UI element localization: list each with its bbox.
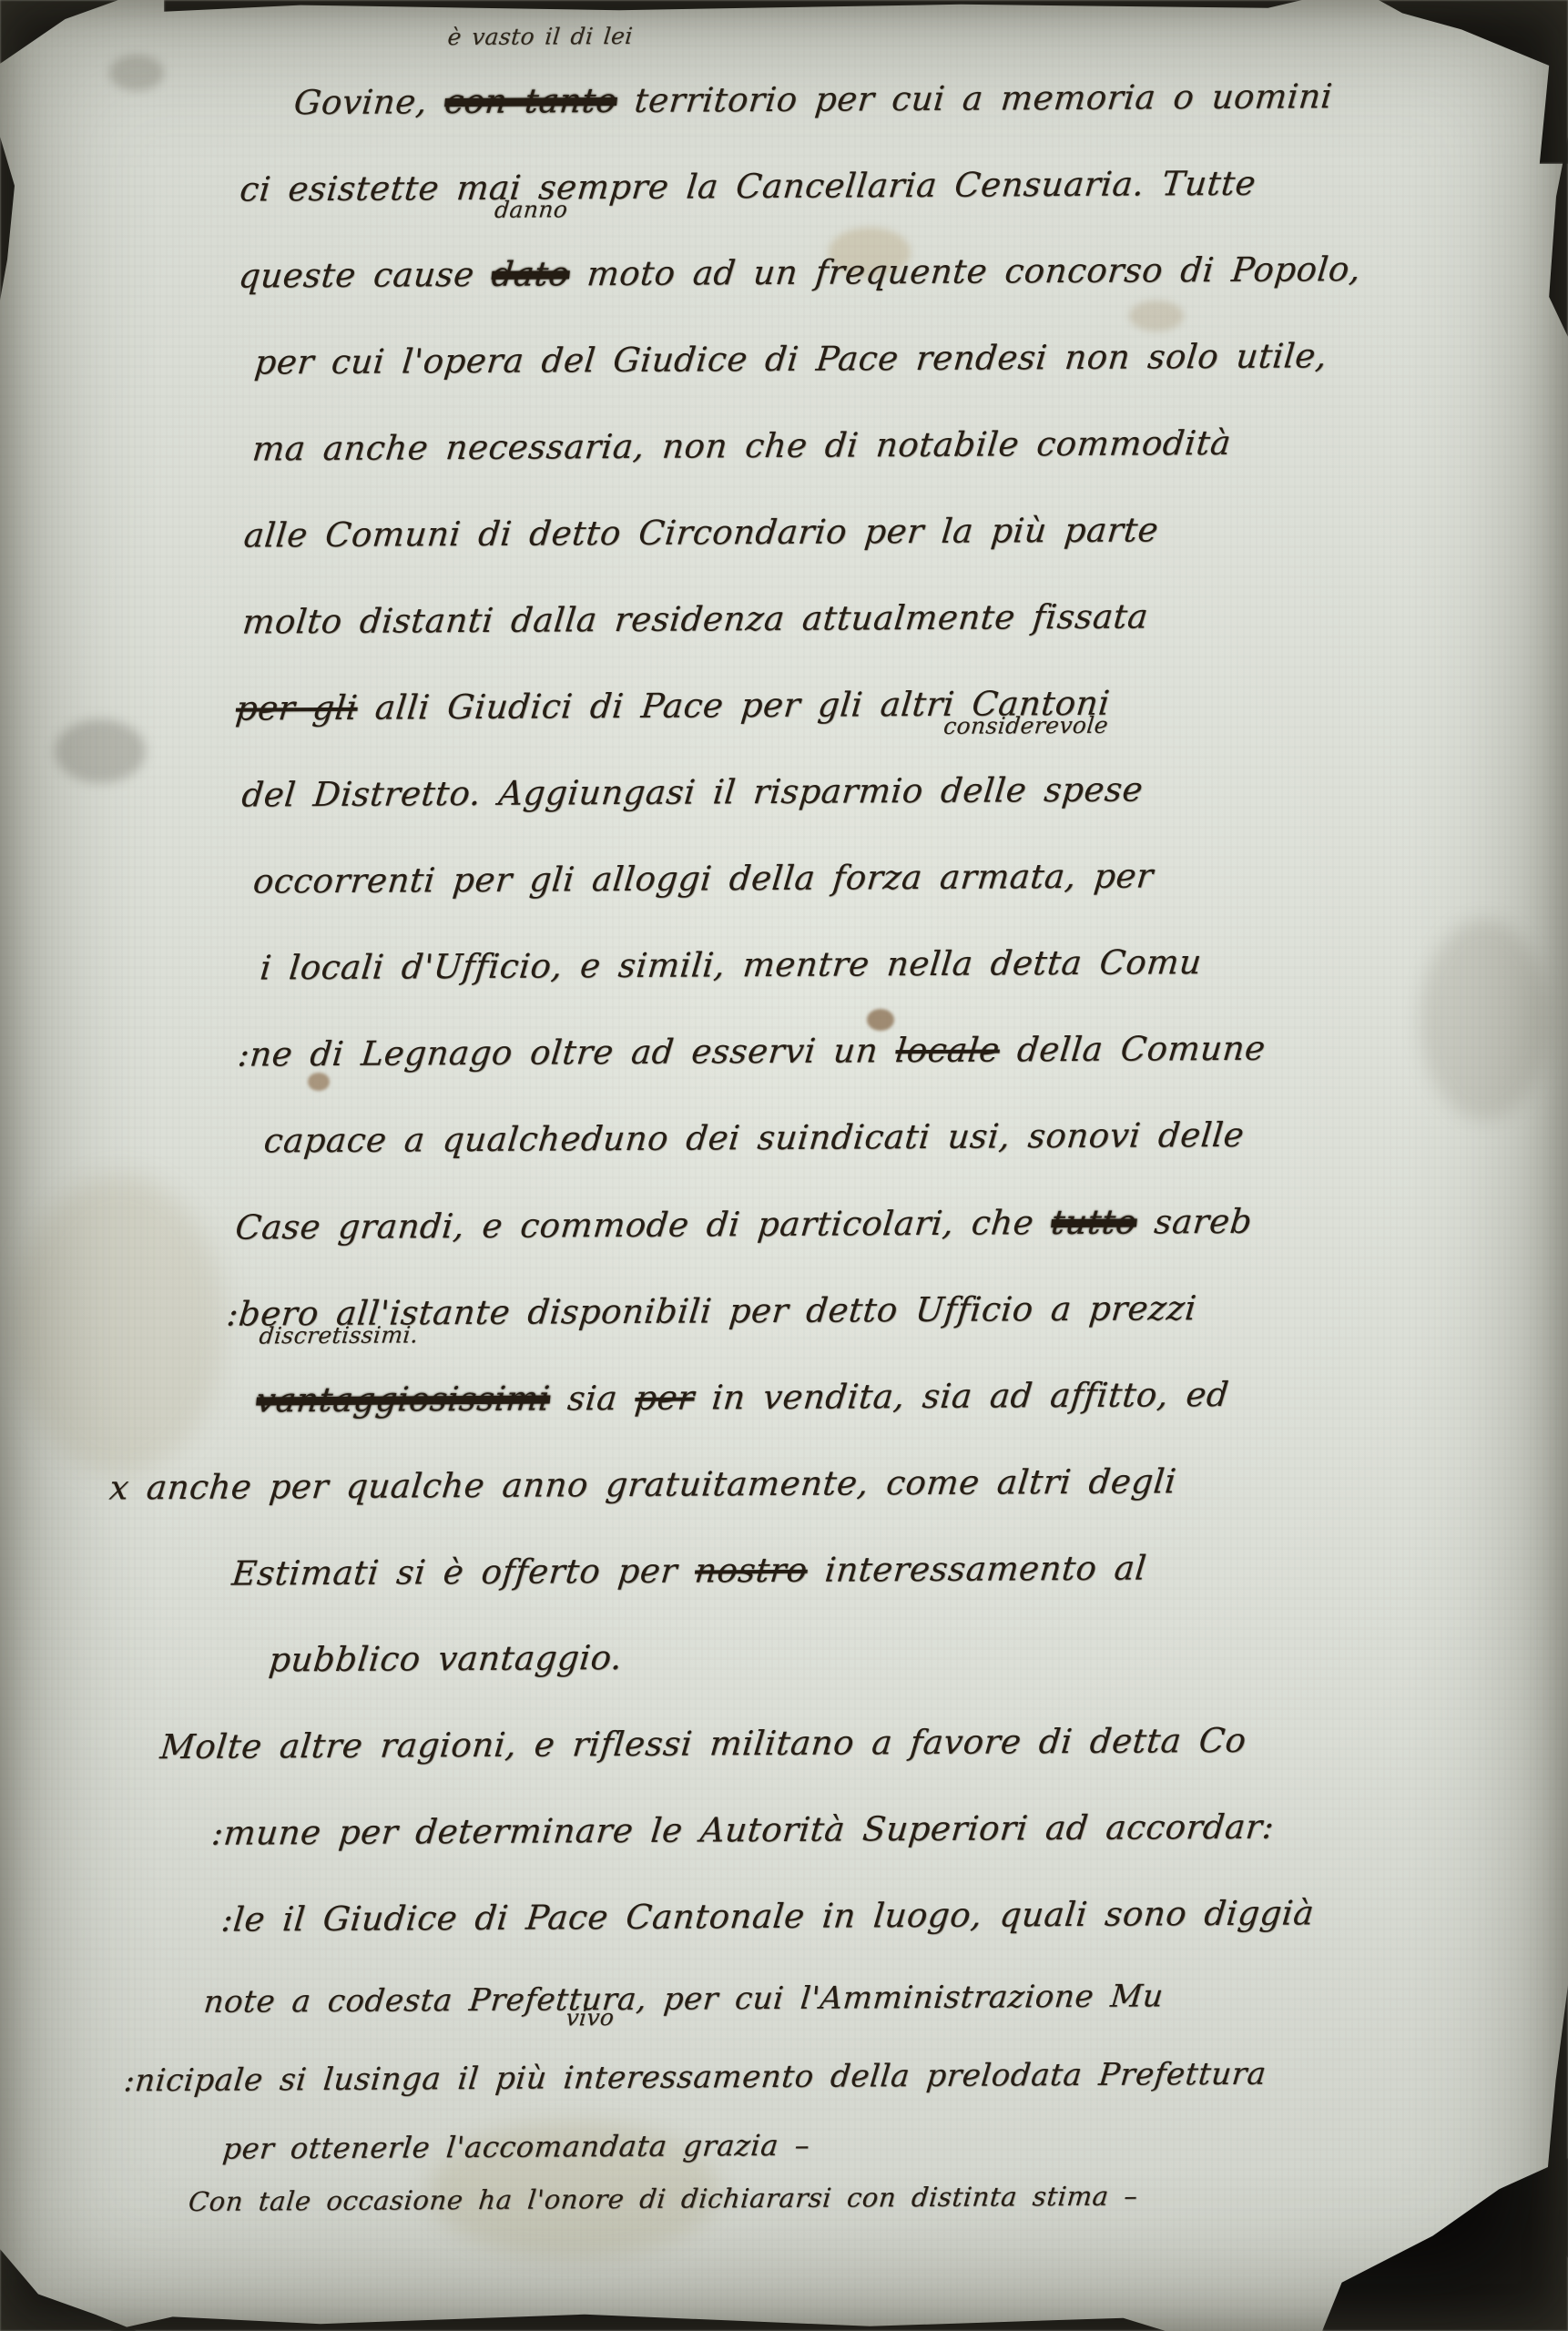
manuscript-line: per ottenerle l'accomandata grazia – [4, 2112, 1553, 2179]
strikethrough-segment: con tanto [443, 81, 619, 121]
text-segment: delle spese [939, 769, 1145, 809]
manuscript-line: :nicipale si lusinga il più vivointeress… [2, 2033, 1553, 2121]
text-segment: moto ad un frequente concorso di Popolo, [585, 249, 1363, 293]
manuscript-line: :ne di Legnago oltre ad esservi un local… [0, 1003, 1548, 1099]
text-segment: Molte altre ragioni, e riflessi militano… [158, 1721, 1248, 1766]
interline-insertion: discretissimi. [259, 1323, 420, 1347]
strikethrough-segment: tutto [1050, 1203, 1139, 1243]
manuscript-line: x anche per qualche anno gratuitamente, … [0, 1436, 1551, 1532]
manuscript-line: alle Comuni di detto Circondario per la … [0, 484, 1545, 580]
manuscript-line: :mune per determinare le Autorità Superi… [0, 1782, 1553, 1878]
photograph-background: Govine, è vasto il di leicon tanto terri… [0, 0, 1568, 2331]
text-segment: in vendita, sia ad affitto, ed [710, 1375, 1231, 1417]
text-segment: note a codesta Prefettura, per cui l'Amm… [202, 1978, 1166, 2020]
torn-edge-top-left [0, 0, 118, 64]
torn-edge-right [1544, 137, 1568, 337]
text-segment: della Comune [1015, 1029, 1268, 1070]
manuscript-line: molto distanti dalla residenza attualmen… [0, 571, 1545, 667]
torn-edge-bottom [109, 2307, 1166, 2331]
text-segment: per ottenerle l'accomandata grazia – [221, 2128, 811, 2166]
manuscript-line: capace a qualcheduno dei suindicati usi,… [0, 1090, 1549, 1186]
manuscript-line: per gli alli Giudici di Pace per gli alt… [0, 657, 1546, 753]
manuscript-line: note a codesta Prefettura, per cui l'Amm… [2, 1955, 1553, 2042]
text-segment: interessamento della prelodata Prefettur… [562, 2056, 1268, 2097]
text-segment: del Distretto. Aggiungasi il risparmio [240, 771, 926, 815]
manuscript-line: del Distretto. Aggiungasi il risparmio c… [0, 744, 1546, 840]
text-segment: i locali d'Ufficio, e simili, mentre nel… [259, 942, 1204, 987]
interline-insertion: è vasto il di lei [446, 25, 634, 48]
text-segment-with-insertion: vivointeressamento della prelodata Prefe… [560, 2035, 1270, 2118]
manuscript-line: ma anche necessaria, non che di notabile… [0, 398, 1544, 494]
text-segment-with-insertion: dannodato [487, 230, 574, 318]
strikethrough-segment: locale [893, 1030, 1001, 1070]
manuscript-line: :bero all'istante disponibili per detto … [0, 1263, 1550, 1359]
text-segment: ma anche necessaria, non che di notabile… [250, 423, 1233, 469]
text-segment-with-insertion: discretissimi.vantaggiosissimi [252, 1355, 555, 1443]
strikethrough-segment: dato [490, 254, 572, 294]
manuscript-line: per cui l'opera del Giudice di Pace rend… [0, 311, 1543, 407]
text-segment: Case grandi, e commode di particolari, c… [233, 1203, 1035, 1247]
text-segment: :mune per determinare le Autorità Superi… [210, 1807, 1277, 1853]
text-segment: pubblico vantaggio. [267, 1638, 624, 1679]
text-segment: :le il Giudice di Pace Cantonale in luog… [219, 1893, 1316, 1939]
torn-edge-bottom-left [0, 2249, 137, 2331]
strikethrough-segment: per [633, 1379, 696, 1418]
text-segment: territorio per cui a memoria o uomini [633, 76, 1335, 120]
manuscript-line: occorrenti per gli alloggi della forza a… [0, 830, 1547, 926]
interline-insertion: danno [494, 198, 569, 221]
torn-edge-top [164, 0, 1302, 15]
text-segment: :nicipale si lusinga il più [122, 2061, 548, 2100]
manuscript-line: :le il Giudice di Pace Cantonale in luog… [1, 1868, 1553, 1964]
manuscript-line: Con tale occasione ha l'onore di dichiar… [5, 2170, 1553, 2226]
text-segment: occorrenti per gli alloggi della forza a… [251, 856, 1156, 901]
manuscript-line: pubblico vantaggio. [0, 1609, 1552, 1705]
manuscript-line: Govine, è vasto il di leicon tanto terri… [0, 52, 1543, 148]
strikethrough-segment: nostro [693, 1551, 809, 1591]
manuscript-line: ci esistette mai sempre la Cancellaria C… [0, 138, 1543, 234]
text-segment: ci esistette mai sempre la Cancellaria C… [238, 164, 1257, 209]
text-segment: per cui l'opera del Giudice di Pace rend… [253, 336, 1329, 382]
text-segment: sia [565, 1379, 619, 1418]
interline-insertion: vivo [565, 2006, 615, 2029]
manuscript-line: Case grandi, e commode di particolari, c… [0, 1176, 1549, 1272]
handwritten-text-block: Govine, è vasto il di leicon tanto terri… [0, 52, 1551, 2226]
manuscript-line: queste cause dannodato moto ad un freque… [0, 225, 1543, 321]
strikethrough-segment: per gli [234, 688, 360, 728]
manuscript-page: Govine, è vasto il di leicon tanto terri… [0, 0, 1568, 2331]
manuscript-line: Estimati si è offerto per nostro interes… [0, 1522, 1552, 1618]
manuscript-line: i locali d'Ufficio, e simili, mentre nel… [0, 917, 1548, 1013]
text-segment: queste cause [237, 255, 476, 296]
text-segment: Con tale occasione ha l'onore di dichiar… [187, 2181, 1139, 2217]
text-segment: sareb [1153, 1202, 1255, 1242]
text-segment: x anche per qualche anno gratuitamente, … [107, 1461, 1178, 1507]
interline-insertion: considerevole [942, 714, 1109, 738]
text-segment: :ne di Legnago oltre ad esservi un [236, 1031, 880, 1074]
text-segment: interessamento al [823, 1548, 1148, 1589]
text-segment: Govine, [292, 82, 430, 122]
text-segment: capace a qualcheduno dei suindicati usi,… [262, 1115, 1247, 1161]
text-segment: alle Comuni di detto Circondario per la … [242, 510, 1161, 555]
strikethrough-segment: vantaggiosissimi [255, 1379, 553, 1420]
text-segment: Estimati si è offerto per [230, 1552, 679, 1593]
text-segment: molto distanti dalla residenza attualmen… [240, 596, 1150, 641]
text-segment-with-insertion: è vasto il di leicon tanto [441, 57, 621, 145]
manuscript-line: Molte altre ragioni, e riflessi militano… [0, 1695, 1553, 1791]
manuscript-line: discretissimi.vantaggiosissimi sia per i… [0, 1349, 1550, 1445]
text-segment-with-insertion: considerevoledelle spese [937, 746, 1147, 833]
